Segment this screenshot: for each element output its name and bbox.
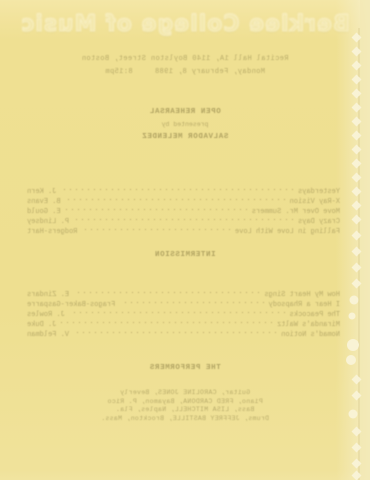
page-title: Berklee College of Music (0, 12, 370, 37)
song-title: Yesterdays (298, 187, 340, 197)
presenter-name: SALVADOR MELENDEZ (0, 133, 370, 141)
song-composer: J. Duke (27, 320, 56, 330)
performer-line: Drums, JEFFREY BASTILLE, Brockton, Mass. (0, 415, 370, 424)
dot-leader (66, 193, 285, 203)
dot-leader (61, 183, 293, 193)
intermission-heading: INTERMISSION (0, 251, 370, 259)
scanned-program-page: Berklee College of Music Recital Hall 1A… (0, 0, 370, 480)
performers-heading: THE PERFORMERS (0, 364, 370, 372)
song-composer: Rodgers-Hart (27, 227, 77, 237)
event-heading: OPEN REHEARSAL (0, 108, 370, 116)
song-composer: J. Rowles (27, 310, 65, 320)
performer-line: Bass, LISA MITCHELL, Naples, Fla. (0, 406, 370, 415)
dot-leader (74, 213, 293, 223)
song-title: The Peacocks (290, 310, 340, 320)
performer-line: Guitar, CAROLINE JONES, Beverly (0, 389, 370, 398)
dot-leader (74, 326, 276, 336)
dot-leader (61, 316, 272, 326)
time-text: 8:15pm (105, 68, 133, 76)
presented-by-label: presented by (0, 121, 370, 128)
song-title: Miranda's Waltz (277, 320, 340, 330)
dot-leader (74, 286, 259, 296)
song-title: How My Heart Sings (264, 290, 340, 300)
song-title: Nomad's Notion (281, 330, 340, 340)
song-row: How My Heart Sings E. Zindars (27, 286, 340, 296)
dot-leader (82, 223, 230, 233)
song-composer: V. Feldman (27, 330, 69, 340)
song-composer: P. Lindsey (27, 217, 69, 227)
mirrored-page-content: Berklee College of Music Recital Hall 1A… (0, 0, 370, 480)
song-composer: E. Zindars (27, 290, 69, 300)
song-row: Yesterdays J. Kern (27, 183, 340, 193)
dot-leader (66, 203, 247, 213)
dot-leader (120, 296, 263, 306)
song-composer: J. Kern (27, 187, 56, 197)
performers-list: Guitar, CAROLINE JONES, Beverly Piano, F… (0, 389, 370, 423)
venue-line: Recital Hall 1A, 1140 Boylston Street, B… (0, 55, 370, 63)
dot-leader (70, 306, 285, 316)
song-composer: B. Evans (27, 197, 61, 207)
program-section-2: How My Heart Sings E. Zindars I Hear a R… (27, 286, 340, 336)
performer-line: Piano, FRED CARDONA, Bayamon, P. Rico (0, 398, 370, 407)
song-row: Falling in Love With Love Rodgers-Hart (27, 223, 340, 233)
program-section-1: Yesterdays J. Kern X-Ray Vision B. Evans… (27, 183, 340, 233)
date-text: Monday, February 8, 1988 (155, 68, 265, 76)
date-row: Monday, February 8, 1988 8:15pm (0, 68, 370, 76)
song-title: X-Ray Vision (290, 197, 340, 207)
song-composer: E. Gould (27, 207, 61, 217)
song-title: Crazy Days (298, 217, 340, 227)
song-row: X-Ray Vision B. Evans (27, 193, 340, 203)
song-title: Falling in Love With Love (235, 227, 340, 237)
